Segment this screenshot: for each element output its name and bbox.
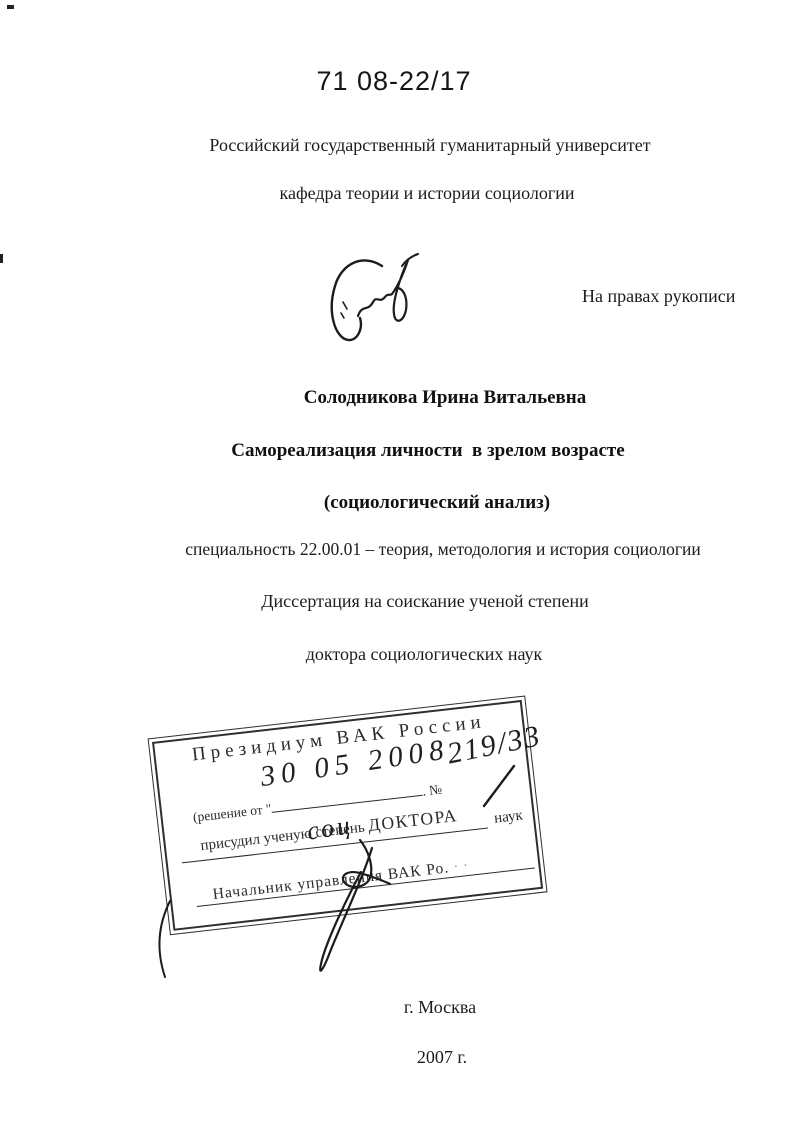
university-name: Российский государственный гуманитарный … bbox=[209, 135, 650, 156]
degree-line: доктора социологических наук bbox=[306, 644, 543, 665]
author-name: Солодникова Ирина Витальевна bbox=[304, 387, 587, 409]
city-line: г. Москва bbox=[404, 997, 476, 1018]
scan-speck bbox=[0, 254, 3, 263]
year-line: 2007 г. bbox=[417, 1047, 467, 1068]
department-name: кафедра теории и истории социологии bbox=[280, 183, 575, 204]
specialty-line: специальность 22.00.01 – теория, методол… bbox=[185, 539, 701, 560]
official-signature-icon bbox=[298, 822, 428, 982]
stamp-official-faint: ∙ ∙ bbox=[448, 857, 469, 876]
catalog-number: 71 08-22/17 bbox=[316, 66, 471, 97]
dissertation-title: Самореализация личности в зрелом возраст… bbox=[231, 440, 624, 462]
author-signature-icon bbox=[322, 252, 427, 352]
scan-speck bbox=[7, 5, 14, 9]
dissertation-title-page: 71 08-22/17 Российский государственный г… bbox=[0, 0, 793, 1122]
pen-stroke-icon bbox=[150, 895, 186, 985]
manuscript-note: На правах рукописи bbox=[582, 286, 735, 307]
stamp-sciences-word: наук bbox=[493, 808, 523, 828]
pen-slash-icon bbox=[478, 762, 520, 810]
dissertation-purpose-line: Диссертация на соискание ученой степени bbox=[261, 591, 588, 612]
dissertation-subtitle: (социологический анализ) bbox=[324, 492, 550, 514]
